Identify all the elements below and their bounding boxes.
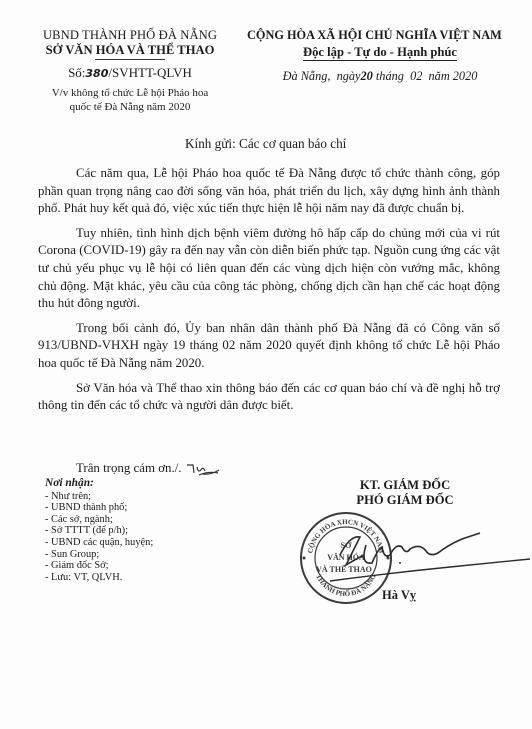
subject-line-2: quốc tế Đà Nẵng năm 2020	[20, 100, 240, 114]
agency-name: SỞ VĂN HÓA VÀ THỂ THAO	[20, 43, 240, 58]
issuing-agency-block: UBND THÀNH PHỐ ĐÀ NẴNG SỞ VĂN HÓA VÀ THỂ…	[20, 28, 240, 114]
year-value: 2020	[453, 69, 478, 83]
month-label: tháng	[376, 69, 404, 83]
recipient-item: - UBND các quận, huyện;	[45, 537, 153, 549]
recipient-item: - Sun Group;	[45, 549, 153, 561]
addressee-line: Kính gửi: Các cơ quan báo chí	[185, 136, 346, 152]
recipient-item: - Giám đốc Sở;	[45, 560, 153, 572]
signer-name: Hà Vỵ	[382, 588, 416, 603]
document-number: Số:380/SVHTT-QLVH	[20, 65, 240, 81]
agency-parent: UBND THÀNH PHỐ ĐÀ NẴNG	[20, 28, 240, 43]
body-paragraph: Trong bối cảnh đó, Ủy ban nhân dân thành…	[38, 320, 500, 373]
body-paragraph: Sở Văn hóa và Thể thao xin thông báo đến…	[38, 380, 500, 415]
recipient-item: - Như trên;	[45, 491, 153, 503]
recipients-list: Nơi nhận: - Như trên; - UBND thành phố; …	[45, 478, 153, 583]
doc-number-prefix: Số:	[68, 65, 85, 80]
doc-number-suffix: /SVHTT-QLVH	[108, 65, 192, 80]
recipient-item: - Lưu: VT, QLVH.	[45, 572, 153, 584]
place-date: Đà Nẵng, ngày20 tháng 02 năm 2020	[228, 69, 532, 84]
day-value: 20	[361, 69, 373, 83]
doc-number-handwritten: 380	[85, 67, 108, 80]
recipient-item: - UBND thành phố;	[45, 502, 153, 514]
recipients-label: Nơi nhận:	[45, 478, 153, 490]
subject-line-1: V/v không tổ chức Lễ hội Pháo hoa	[20, 86, 240, 100]
republic-title: CỘNG HÒA XÃ HỘI CHỦ NGHĨA VIỆT NAM	[240, 28, 532, 43]
agency-underline	[95, 59, 165, 60]
signer-title-2: PHÓ GIÁM ĐỐC	[340, 493, 470, 508]
month-value: 02	[410, 69, 422, 83]
document-page: UBND THÀNH PHỐ ĐÀ NẴNG SỞ VĂN HÓA VÀ THỂ…	[0, 0, 532, 729]
signature-titles: KT. GIÁM ĐỐC PHÓ GIÁM ĐỐC	[340, 478, 470, 508]
national-motto: Độc lập - Tự do - Hạnh phúc	[303, 45, 457, 61]
closing-line: Trân trọng cám ơn./.	[76, 461, 221, 477]
signer-title-1: KT. GIÁM ĐỐC	[340, 478, 470, 493]
year-label: năm	[429, 69, 450, 83]
closing-text: Trân trọng cám ơn./.	[76, 461, 182, 475]
body-paragraph: Các năm qua, Lễ hội Pháo hoa quốc tế Đà …	[38, 165, 500, 218]
day-label: ngày	[337, 69, 361, 83]
place: Đà Nẵng,	[283, 69, 331, 83]
initials-mark-icon	[185, 461, 221, 477]
body-paragraph: Tuy nhiên, tình hình dịch bệnh viêm đườn…	[38, 225, 500, 313]
national-header-block: CỘNG HÒA XÃ HỘI CHỦ NGHĨA VIỆT NAM Độc l…	[240, 28, 532, 84]
document-subject: V/v không tổ chức Lễ hội Pháo hoa quốc t…	[20, 86, 240, 114]
recipient-item: - Các sở, ngành;	[45, 514, 153, 526]
document-body: Các năm qua, Lễ hội Pháo hoa quốc tế Đà …	[38, 165, 500, 422]
recipient-item: - Sở TTTT (để p/h);	[45, 525, 153, 537]
handwritten-signature-icon	[330, 525, 530, 595]
